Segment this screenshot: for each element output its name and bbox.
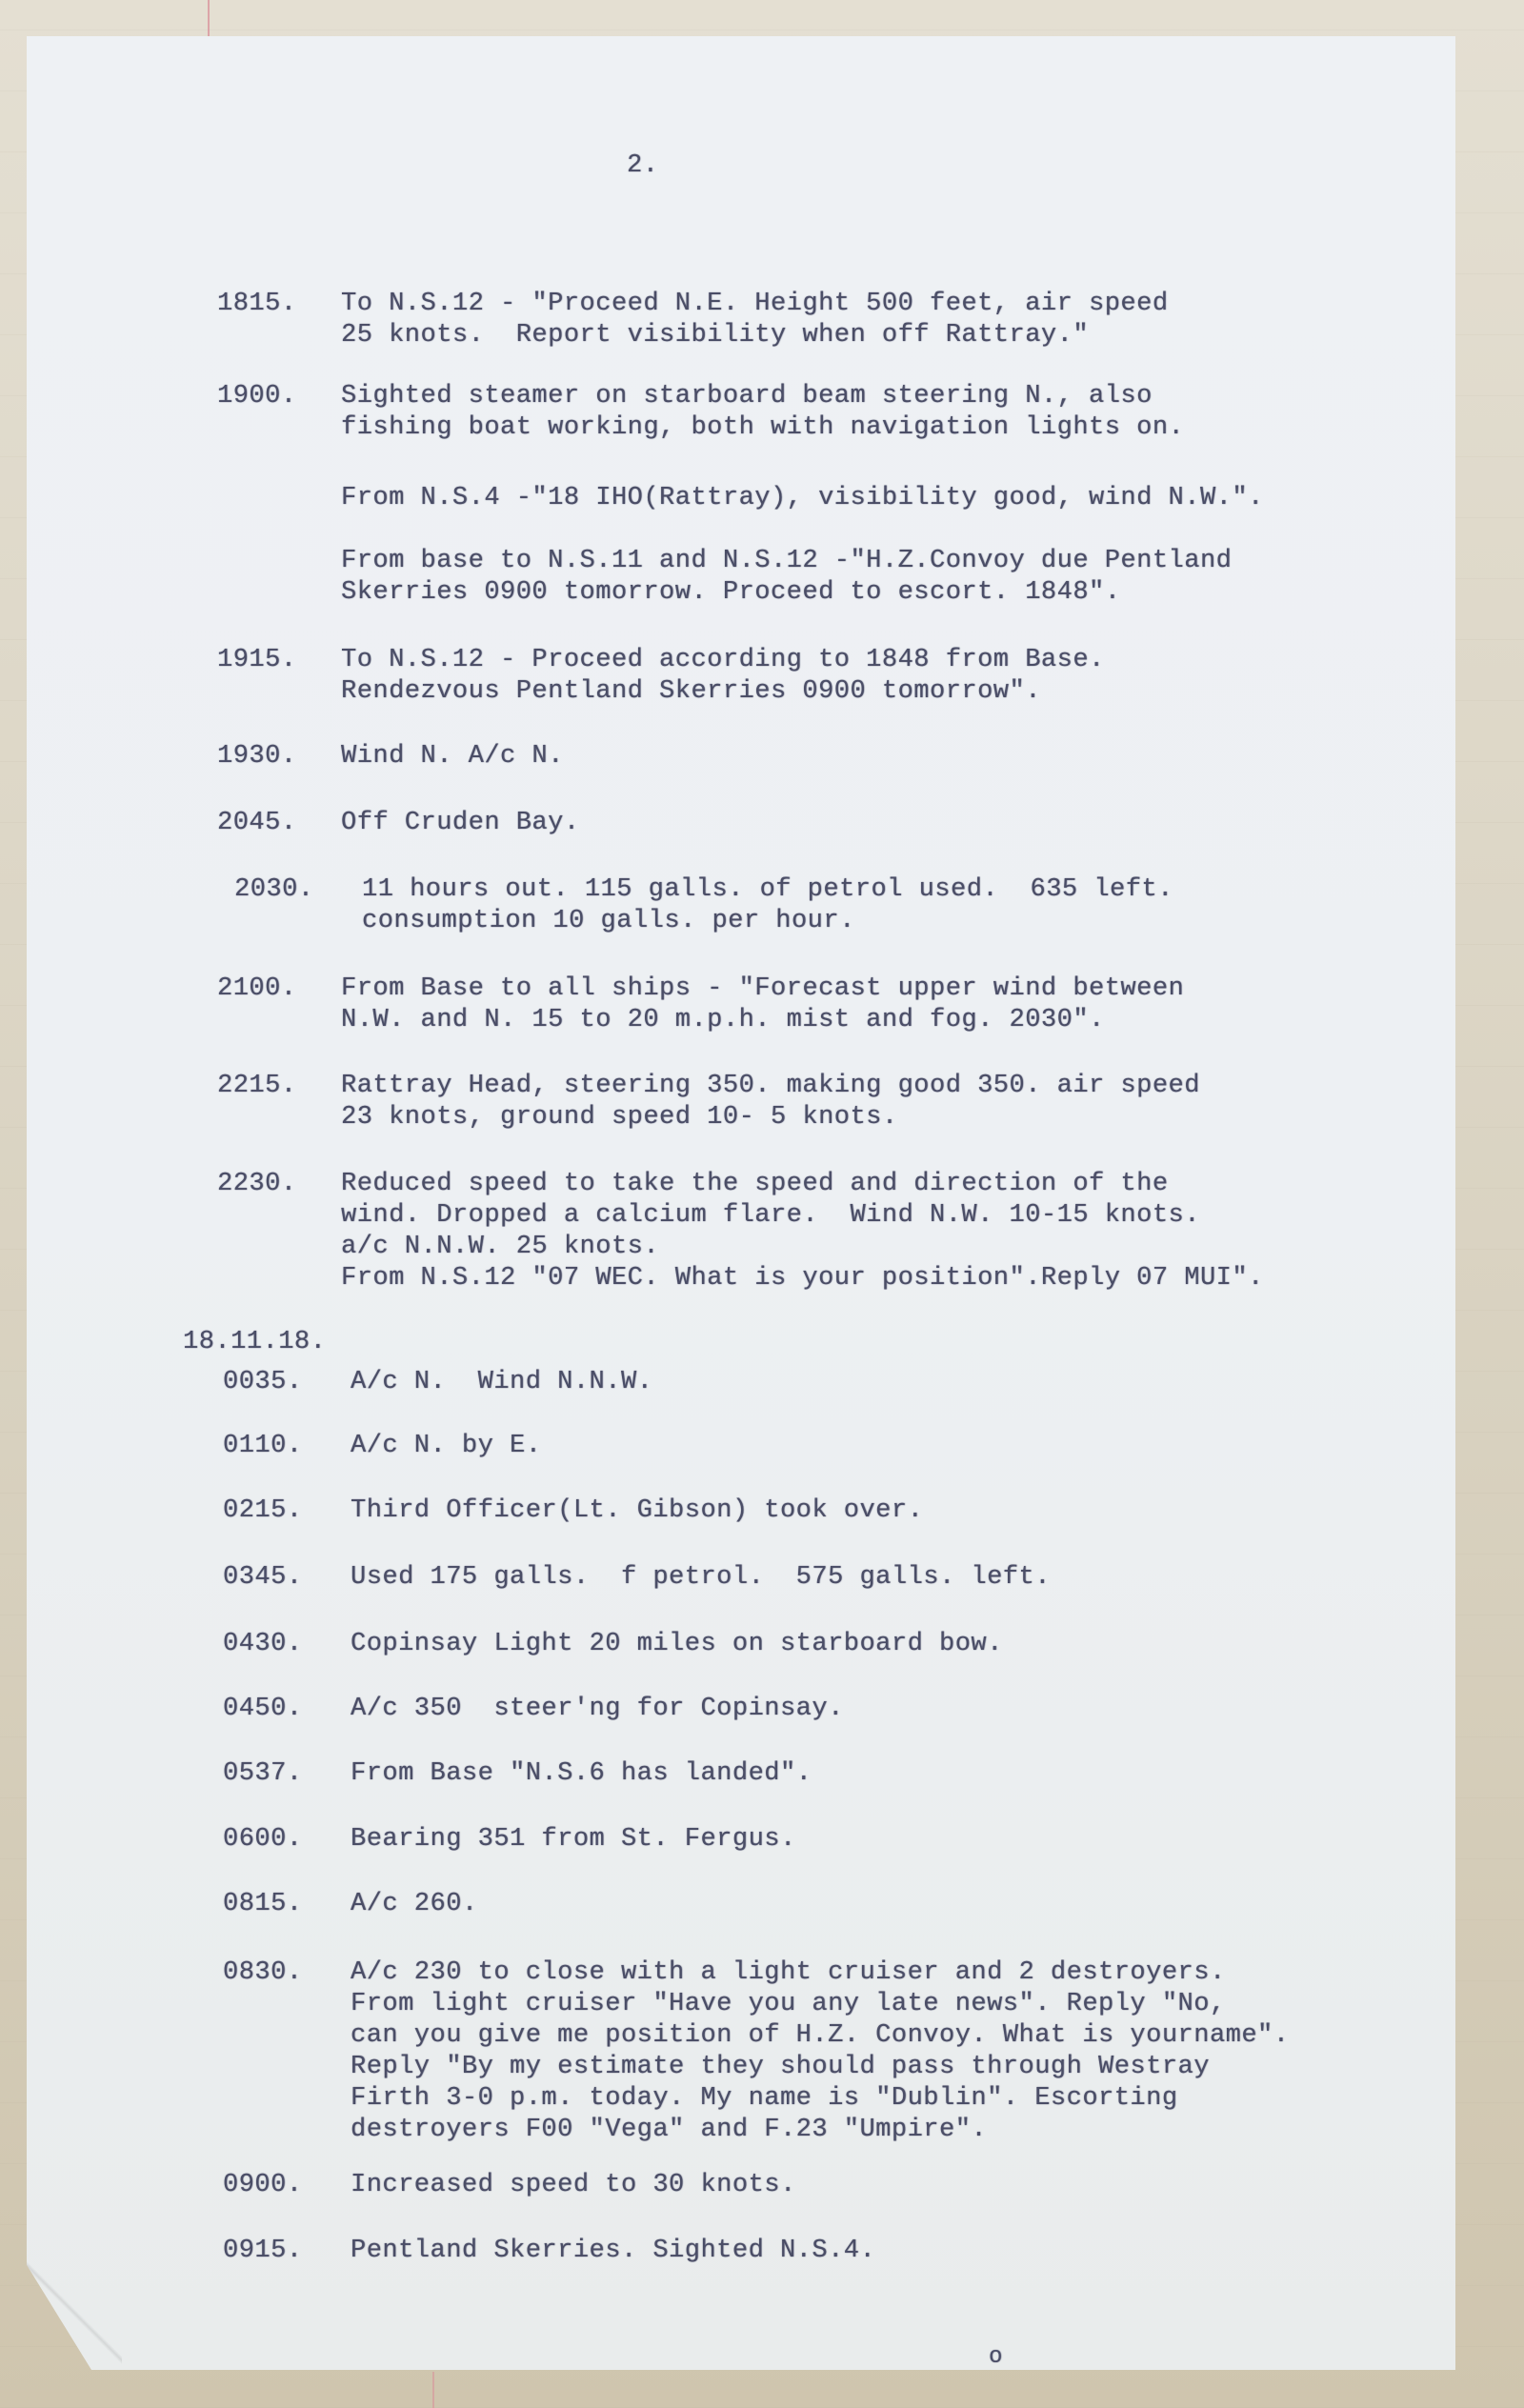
entry-text: 11 hours out. 115 galls. of petrol used.…: [362, 874, 1173, 937]
entry-time: 2230.: [217, 1169, 331, 1200]
entry-text: Copinsay Light 20 miles on starboard bow…: [351, 1629, 1003, 1660]
entry-time: 1930.: [217, 741, 331, 773]
entry-text: Pentland Skerries. Sighted N.S.4.: [351, 2236, 875, 2267]
entry-time: 2215.: [217, 1071, 331, 1102]
entry-text: From Base to all ships - "Forecast upper…: [341, 973, 1184, 1036]
entry-time: 0915.: [223, 2236, 337, 2267]
entry-text: Sighted steamer on starboard beam steeri…: [341, 381, 1184, 444]
entry-time: 0600.: [223, 1824, 337, 1856]
page-number: 2.: [627, 150, 658, 182]
entry-text: Bearing 351 from St. Fergus.: [351, 1824, 796, 1856]
entry-text: From N.S.4 -"18 IHO(Rattray), visibility…: [341, 483, 1264, 514]
entry-time: 0815.: [223, 1889, 337, 1920]
entry-text: To N.S.12 - "Proceed N.E. Height 500 fee…: [341, 289, 1169, 351]
entry-time: 0830.: [223, 1957, 337, 1989]
entry-time: 1915.: [217, 645, 331, 676]
entry-time: 2030.: [234, 874, 349, 906]
entry-text: Increased speed to 30 knots.: [351, 2170, 796, 2201]
entry-text: Rattray Head, steering 350. making good …: [341, 1071, 1200, 1134]
entry-time: 0537.: [223, 1758, 337, 1790]
entry-text: From Base "N.S.6 has landed".: [351, 1758, 812, 1790]
entry-text: To N.S.12 - Proceed according to 1848 fr…: [341, 645, 1105, 708]
footer-mark: o: [989, 2341, 1003, 2373]
entry-text: Reduced speed to take the speed and dire…: [341, 1169, 1264, 1294]
entry-time: 0900.: [223, 2170, 337, 2201]
entry-time: 2100.: [217, 973, 331, 1005]
entry-text: A/c 350 steer'ng for Copinsay.: [351, 1694, 844, 1725]
entry-time: 0110.: [223, 1431, 337, 1462]
date-heading: 18.11.18.: [183, 1327, 326, 1358]
entry-text: A/c 260.: [351, 1889, 478, 1920]
folder-margin-line: [208, 0, 210, 38]
entry-time: 0215.: [223, 1495, 337, 1527]
entry-text: Off Cruden Bay.: [341, 808, 580, 839]
entry-text: From base to N.S.11 and N.S.12 -"H.Z.Con…: [341, 546, 1232, 609]
entry-time: 1815.: [217, 289, 331, 320]
entry-time: 0430.: [223, 1629, 337, 1660]
entry-text: Third Officer(Lt. Gibson) took over.: [351, 1495, 923, 1527]
entry-text: Used 175 galls. f petrol. 575 galls. lef…: [351, 1562, 1051, 1594]
entry-text: A/c N. Wind N.N.W.: [351, 1367, 652, 1398]
entry-text: A/c N. by E.: [351, 1431, 541, 1462]
entry-time: 0035.: [223, 1367, 337, 1398]
entry-time: 0345.: [223, 1562, 337, 1594]
entry-time: 2045.: [217, 808, 331, 839]
entry-time: 1900.: [217, 381, 331, 412]
entry-text: A/c 230 to close with a light cruiser an…: [351, 1957, 1289, 2146]
entry-text: Wind N. A/c N.: [341, 741, 564, 773]
entry-time: 0450.: [223, 1694, 337, 1725]
folder-margin-line-bottom: [432, 2372, 434, 2408]
